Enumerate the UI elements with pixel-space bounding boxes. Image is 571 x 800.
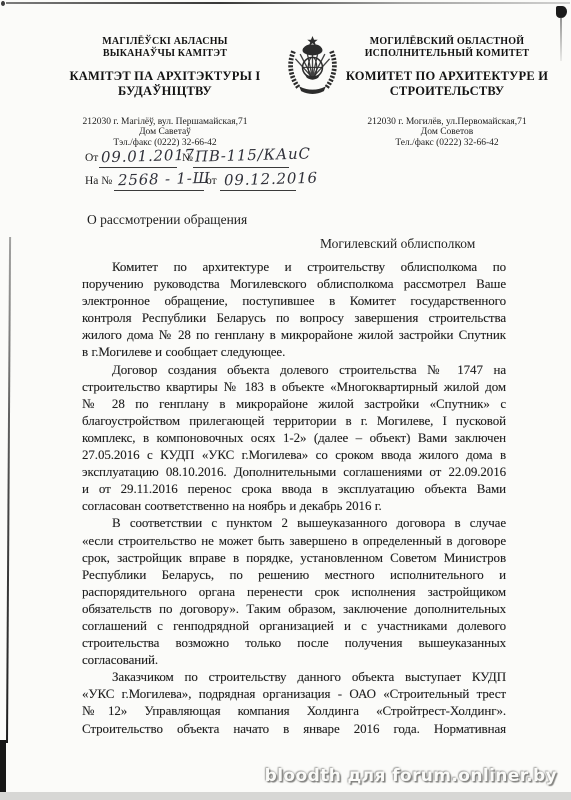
handwritten-incoming-number: 2568 - 1-Ш [118, 169, 211, 190]
ref-reply-date-underline [220, 190, 296, 191]
body-line: строительства возможно только после полу… [82, 634, 506, 651]
handwritten-outgoing-date: 09.01.2017 [101, 146, 195, 167]
letter-subject: О рассмотрении обращения [87, 212, 247, 228]
body-line: Договор создания объекта долевого строит… [82, 361, 506, 378]
committee-name-line: БУДАЎНІЦТВУ [52, 84, 278, 99]
letterhead-belarusian: МАГІЛЁЎСКІ АБЛАСНЫ ВЫКАНАЎЧЫ КАМІТЭТ КАМ… [52, 36, 278, 148]
body-line: электронное обращение, поступившее в Ком… [82, 292, 506, 309]
org-name-line: МОГИЛЁВСКИЙ ОБЛАСТНОЙ [334, 36, 560, 48]
ref-number-label: № [182, 152, 193, 164]
handwritten-incoming-date: 09.12.2016 [224, 169, 318, 190]
body-line: благоустройством прилегающей территории … [82, 412, 506, 429]
body-line: срок, застройщик вправе в порядке, устан… [82, 549, 506, 566]
org-name-line: ВЫКАНАЎЧЫ КАМІТЭТ [52, 48, 278, 60]
scanned-letter-page: { "header": { "left": { "org_line1": "МА… [0, 0, 571, 800]
handwritten-outgoing-number: ПВ-115/КАиС [195, 144, 311, 165]
scan-artifact-left-edge-shadow [6, 237, 11, 743]
body-line: и от 29.11.2016 перенос срока ввода в эк… [82, 480, 506, 497]
body-line: поручению руководства Могилевского облис… [82, 275, 506, 292]
committee-name-line: КОМИТЕТ ПО АРХИТЕКТУРЕ И [334, 69, 560, 84]
body-line: комплекс, в компоновочных осях 1-2» (дал… [82, 429, 506, 446]
org-name-line: МАГІЛЁЎСКІ АБЛАСНЫ [52, 36, 278, 48]
body-line: в г.Могилеве и сообщает следующее. [82, 343, 506, 360]
body-line: Строительство объекта начато в январе 20… [82, 720, 506, 737]
letter-body: Комитет по архитектуре и строительству о… [82, 258, 506, 737]
body-line: «УКС г.Могилева», подрядная организация … [82, 685, 506, 702]
body-line: 27.05.2016 с КУДП «УКС г.Могилева» со ср… [82, 446, 506, 463]
ref-from-underline [99, 167, 177, 168]
body-line: обязательств по договору». Таким образом… [82, 600, 506, 617]
committee-name-line: СТРОИТЕЛЬСТВУ [334, 84, 560, 99]
body-line: строительство квартиры № 183 в объекте «… [82, 378, 506, 395]
letter-addressee: Могилевский облисполком [320, 236, 475, 252]
body-line: Комитет по архитектуре и строительству о… [82, 258, 506, 275]
forum-watermark: bloodth для forum.onliner.by [265, 766, 557, 786]
scan-artifact-top-left-dot [1, 1, 5, 6]
scan-artifact-bottom-strip [0, 792, 571, 800]
ref-reply-date-label: от [206, 175, 217, 187]
letterhead-russian: МОГИЛЁВСКИЙ ОБЛАСТНОЙ ИСПОЛНИТЕЛЬНЫЙ КОМ… [334, 36, 560, 148]
org-name-line: ИСПОЛНИТЕЛЬНЫЙ КОМИТЕТ [334, 48, 560, 60]
scan-artifact-top-right-streak [560, 17, 562, 61]
body-line: Республики Беларусь, по решению местного… [82, 566, 506, 583]
ref-reply-number-underline [114, 190, 204, 191]
body-line: контроля Республики Беларусь по вопросу … [82, 309, 506, 326]
body-line: «если строительство не может быть заверш… [82, 532, 506, 549]
body-line: № 28 по генплану в микрорайоне жилой зас… [82, 395, 506, 412]
body-line: соглашений с генподрядной организацией и… [82, 617, 506, 634]
address-line: Дом Саветаў [52, 127, 278, 137]
body-line: жилого дома № 28 по генплану в микрорайо… [82, 326, 506, 343]
body-line: распорядительного органа перенести срок … [82, 583, 506, 600]
address-line: Дом Советов [334, 127, 560, 137]
address-line: Тел./факс (0222) 32-66-42 [334, 138, 560, 148]
belarus-state-emblem-icon [284, 33, 341, 96]
committee-name-line: КАМІТЭТ ПА АРХІТЭКТУРЫ І [52, 69, 278, 84]
ref-reply-label: На № [85, 175, 112, 187]
address-line: 212030 г. Могилёв, ул.Первомайская,71 [334, 117, 560, 127]
scan-artifact-bottom-left-bar [0, 740, 6, 793]
body-line: согласован соответственно на ноябрь и де… [82, 497, 506, 514]
body-line: №12» Управляющая компания Холдинга «Стро… [82, 702, 506, 719]
body-line: Заказчиком по строительству данного объе… [82, 668, 506, 685]
address-line: 212030 г. Магілёў, вул. Першамайская,71 [52, 117, 278, 127]
scan-artifact-top-edge-line [6, 2, 570, 4]
body-line: эксплуатацию 08.10.2016. Дополнительными… [82, 463, 506, 480]
ref-from-label: От [85, 152, 98, 164]
body-line: согласований. [82, 651, 506, 668]
body-line: В соответствии с пунктом 2 вышеуказанног… [82, 514, 506, 531]
